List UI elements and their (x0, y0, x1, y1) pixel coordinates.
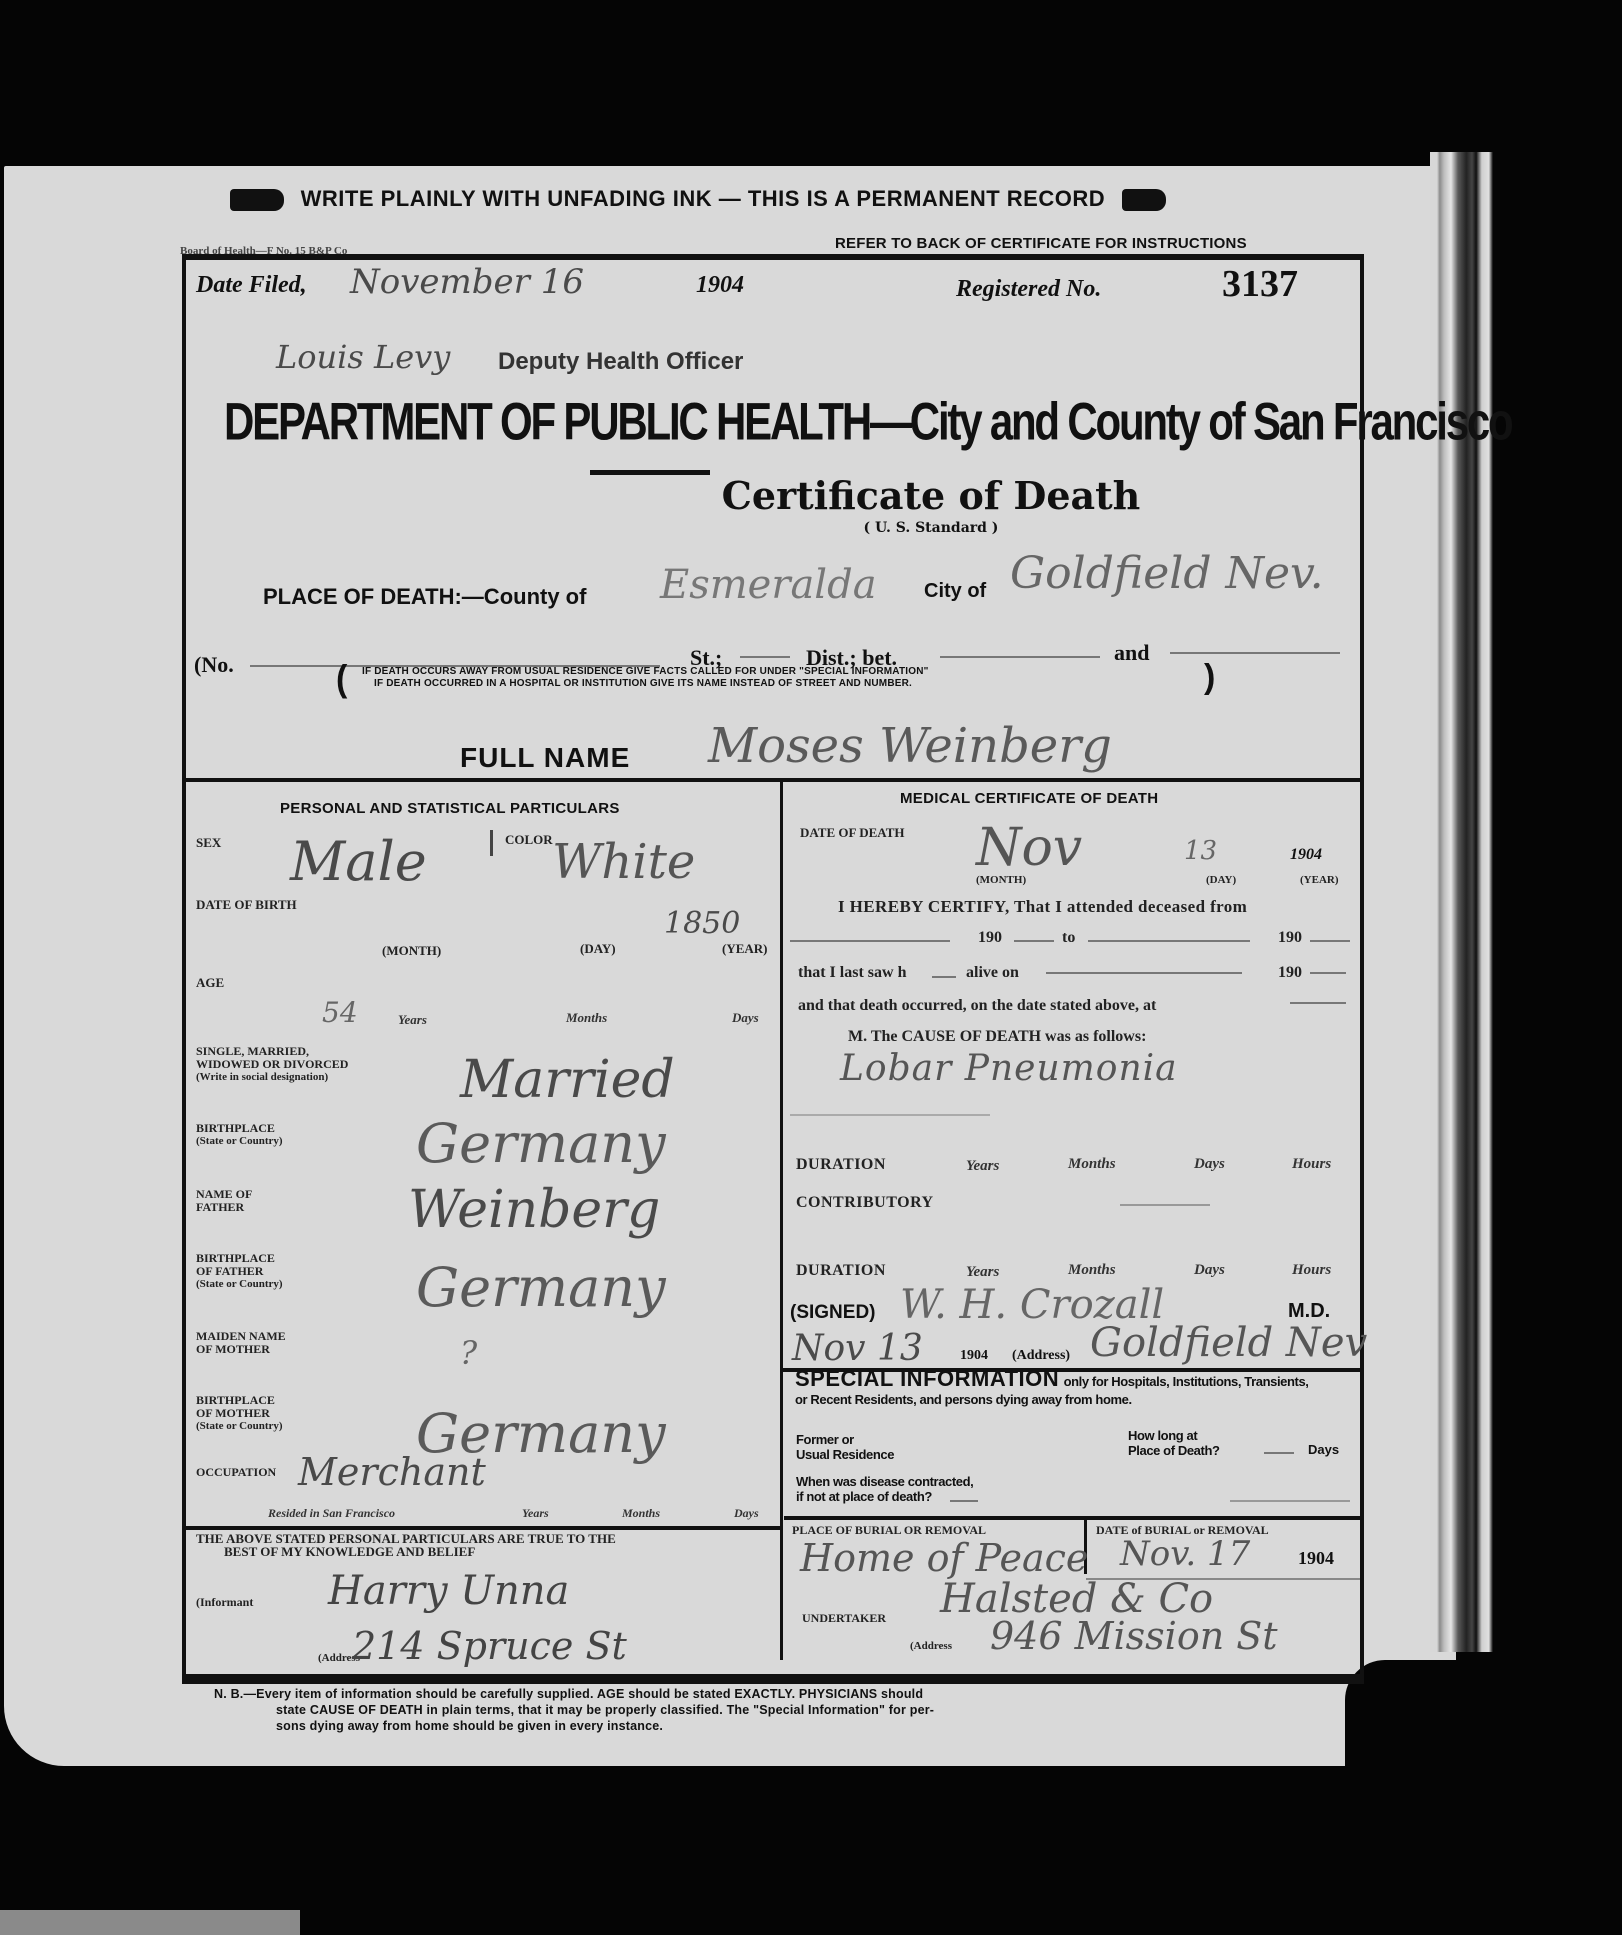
dod-month-value: Nov (976, 818, 1082, 878)
frame-bottom (182, 1674, 1362, 1682)
place-note-line-1: IF DEATH OCCURS AWAY FROM USUAL RESIDENC… (362, 666, 929, 678)
from-year-field (1014, 940, 1054, 942)
contracted-field (950, 1500, 978, 1502)
age-label: AGE (196, 976, 224, 989)
alive-on-field (1046, 972, 1242, 974)
age-years-value: 54 (322, 996, 358, 1029)
dob-day-label: (Day) (580, 942, 616, 955)
former-label-line-2: Usual Residence (796, 1447, 894, 1462)
place-note-line-2: IF DEATH OCCURRED IN A HOSPITAL OR INSTI… (362, 678, 929, 690)
to-label: to (1062, 929, 1075, 947)
duration-months: Months (1068, 1156, 1116, 1173)
county-value: Esmeralda (660, 562, 877, 608)
occurred-at-field (1290, 1002, 1346, 1004)
how-long-line-2: Place of Death? (1128, 1443, 1220, 1458)
father-label-line-2: FATHER (196, 1201, 252, 1214)
marital-value: Married (460, 1050, 675, 1110)
special-subheading-2: or Recent Residents, and persons dying a… (795, 1393, 1355, 1407)
informant-statement-line-2: BEST OF MY KNOWLEDGE AND BELIEF (196, 1545, 616, 1558)
age-months-label: Months (566, 1010, 607, 1026)
place-of-death-label: PLACE OF DEATH:—County of (263, 584, 586, 610)
banner-text: WRITE PLAINLY WITH UNFADING INK — THIS I… (301, 186, 1106, 211)
signed-label: (SIGNED) (790, 1302, 876, 1324)
mother-value: ? (460, 1334, 477, 1372)
alive-year-field (1310, 972, 1346, 974)
officer-title: Deputy Health Officer (498, 348, 743, 376)
mother-label-line-2: OF MOTHER (196, 1343, 286, 1356)
footnote: N. B.—Every item of information should b… (214, 1686, 934, 1734)
date-filed-year: 1904 (696, 272, 744, 299)
pronoun-field (932, 976, 956, 978)
color-label: COLOR (505, 833, 553, 846)
cause-label: M. The CAUSE OF DEATH was as follows: (848, 1028, 1146, 1046)
special-subheading-1: only for Hospitals, Institutions, Transi… (1064, 1374, 1309, 1389)
full-name-value: Moses Weinberg (708, 718, 1112, 774)
personal-heading: PERSONAL AND STATISTICAL PARTICULARS (280, 800, 620, 817)
date-filed-value: November 16 (350, 262, 584, 302)
duration-hours: Hours (1292, 1156, 1331, 1173)
resided-years-label: Years (522, 1506, 549, 1521)
undertaker-address: 946 Mission St (990, 1614, 1278, 1658)
father-birthplace-value: Germany (416, 1256, 666, 1319)
pointing-hand-icon (1122, 189, 1166, 211)
age-years-label: Years (398, 1012, 427, 1028)
paren-close: ) (1204, 658, 1215, 697)
father-label: NAME OF FATHER (196, 1188, 252, 1214)
to-year-field (1310, 940, 1350, 942)
registered-number: 3137 (1222, 262, 1298, 306)
cause-extra-field (790, 1114, 990, 1116)
scan-shadow (1345, 1660, 1495, 1780)
birthplace-label: BIRTHPLACE (State or Country) (196, 1122, 283, 1148)
footnote-line-2: state CAUSE OF DEATH in plain terms, tha… (214, 1702, 934, 1718)
father-value: Weinberg (408, 1180, 660, 1240)
duration-months-2: Months (1068, 1262, 1116, 1279)
burial-place-value: Home of Peace (800, 1536, 1088, 1580)
street-field (740, 656, 790, 658)
birthplace-label-line-2: (State or Country) (196, 1135, 283, 1148)
divider (490, 830, 493, 856)
birthplace-value: Germany (416, 1112, 666, 1175)
dob-label: DATE OF BIRTH (196, 898, 297, 911)
district-field (940, 656, 1100, 658)
sex-value: Male (290, 830, 427, 893)
dod-year-label: (Year) (1300, 874, 1339, 887)
duration-years-2: Years (966, 1264, 999, 1281)
place-note: IF DEATH OCCURS AWAY FROM USUAL RESIDENC… (362, 666, 929, 690)
resided-months-label: Months (622, 1506, 660, 1521)
dod-year-value: 1904 (1290, 846, 1322, 864)
how-long-field (1264, 1452, 1294, 1454)
city-value: Goldfield Nev. (1010, 548, 1324, 599)
occurred-text: and that death occurred, on the date sta… (798, 997, 1156, 1015)
dod-day-label: (Day) (1206, 874, 1236, 887)
paren-open: ( (336, 658, 347, 701)
last-saw-text: that I last saw h (798, 964, 906, 982)
resided-days-label: Days (734, 1506, 759, 1521)
burial-year: 1904 (1298, 1548, 1334, 1569)
undertaker-label: UNDERTAKER (802, 1612, 886, 1625)
mother-birthplace-label-line-3: (State or Country) (196, 1420, 283, 1433)
duration-years: Years (966, 1158, 999, 1175)
age-days-label: Days (732, 1010, 759, 1026)
mother-birthplace-label-line-2: OF MOTHER (196, 1407, 283, 1420)
medical-heading: MEDICAL CERTIFICATE OF DEATH (900, 790, 1158, 807)
father-birthplace-label: BIRTHPLACE OF FATHER (State or Country) (196, 1252, 283, 1291)
special-heading: SPECIAL INFORMATION (795, 1366, 1059, 1391)
sex-label: SEX (196, 836, 221, 849)
and-label: and (1114, 640, 1149, 666)
registered-label: Registered No. (956, 276, 1101, 303)
contracted-line-1: When was disease contracted, (796, 1474, 973, 1489)
marital-label-line-2: WIDOWED OR DIVORCED (196, 1058, 348, 1071)
physician-address-label: (Address) (1012, 1348, 1070, 1364)
pointing-hand-icon (230, 189, 284, 211)
certify-text: I HEREBY CERTIFY, That I attended deceas… (838, 897, 1247, 917)
former-label-line-1: Former or (796, 1432, 894, 1447)
dod-label: DATE OF DEATH (800, 826, 905, 839)
how-long-label: How long at Place of Death? (1128, 1428, 1220, 1458)
dod-month-label: (Month) (976, 874, 1026, 887)
dob-month-label: (Month) (382, 944, 441, 957)
father-birthplace-label-line-3: (State or Country) (196, 1278, 283, 1291)
father-birthplace-label-line-2: OF FATHER (196, 1265, 283, 1278)
contributory-label: CONTRIBUTORY (796, 1194, 934, 1212)
signed-date: Nov 13 (792, 1328, 923, 1369)
mother-label: MAIDEN NAME OF MOTHER (196, 1330, 286, 1356)
refer-instructions: REFER TO BACK OF CERTIFICATE FOR INSTRUC… (835, 235, 1247, 252)
alive-190: 190 (1278, 964, 1302, 982)
section-divider (186, 778, 1360, 782)
contracted-field-2 (1230, 1500, 1350, 1502)
contributory-field (1120, 1204, 1210, 1206)
occupation-label: OCCUPATION (196, 1466, 276, 1479)
contracted-line-2: if not at place of death? (796, 1489, 973, 1504)
department-title: DEPARTMENT OF PUBLIC HEALTH—City and Cou… (224, 392, 1512, 452)
marital-label: SINGLE, MARRIED, WIDOWED OR DIVORCED (Wr… (196, 1045, 348, 1084)
informant-statement: THE ABOVE STATED PERSONAL PARTICULARS AR… (196, 1532, 616, 1558)
physician-address: Goldfield Nev (1090, 1320, 1367, 1366)
footnote-line-3: sons dying away from home should be give… (214, 1718, 934, 1734)
marital-label-line-3: (Write in social designation) (196, 1071, 348, 1084)
certificate-title: Certificate of Death (0, 473, 1622, 518)
and-field (1170, 652, 1340, 654)
banner: WRITE PLAINLY WITH UNFADING INK — THIS I… (230, 186, 1320, 212)
contracted-label: When was disease contracted, if not at p… (796, 1474, 973, 1504)
mother-birthplace-label: BIRTHPLACE OF MOTHER (State or Country) (196, 1394, 283, 1433)
page-stack-edge (1430, 152, 1500, 1652)
dob-year-label: (Year) (722, 942, 768, 955)
us-standard: ( U. S. Standard ) (0, 520, 1622, 536)
days-label: Days (1308, 1442, 1339, 1457)
how-long-line-1: How long at (1128, 1428, 1220, 1443)
attended-from-field (790, 940, 950, 942)
date-filed-label: Date Filed, (196, 272, 307, 299)
from-190: 190 (978, 929, 1002, 947)
resided-label: Resided in San Francisco (268, 1506, 395, 1521)
cause-value: Lobar Pneumonia (840, 1048, 1178, 1089)
duration-hours-2: Hours (1292, 1262, 1331, 1279)
informant-name: Harry Unna (328, 1568, 569, 1614)
dod-day-value: 13 (1184, 836, 1217, 866)
attended-to-field (1088, 940, 1250, 942)
undertaker-address-label: (Address (910, 1640, 952, 1653)
birthplace-label-line-1: BIRTHPLACE (196, 1122, 283, 1135)
duration-days-2: Days (1194, 1262, 1225, 1279)
officer-signature: Louis Levy (276, 338, 450, 376)
burial-divider (784, 1516, 1360, 1520)
duration-days: Days (1194, 1156, 1225, 1173)
color-value: White (552, 834, 695, 890)
occupation-value: Merchant (298, 1450, 486, 1494)
footnote-line-1: N. B.—Every item of information should b… (214, 1686, 934, 1702)
informant-address: 214 Spruce St (352, 1624, 627, 1668)
duration-label: DURATION (796, 1156, 886, 1174)
special-heading-block: SPECIAL INFORMATION only for Hospitals, … (795, 1372, 1355, 1407)
city-label: City of (924, 580, 986, 603)
informant-divider (186, 1526, 782, 1530)
to-190: 190 (1278, 929, 1302, 947)
street-no-label: (No. (194, 652, 234, 678)
signed-year: 1904 (960, 1348, 988, 1364)
dob-year-value: 1850 (664, 906, 740, 941)
full-name-label: FULL NAME (460, 742, 630, 774)
scan-edge (0, 1910, 300, 1935)
duration-label-2: DURATION (796, 1262, 886, 1280)
alive-on-text: alive on (966, 964, 1019, 982)
informant-label: (Informant (196, 1596, 253, 1609)
former-residence-label: Former or Usual Residence (796, 1432, 894, 1462)
burial-date-value: Nov. 17 (1120, 1534, 1250, 1574)
